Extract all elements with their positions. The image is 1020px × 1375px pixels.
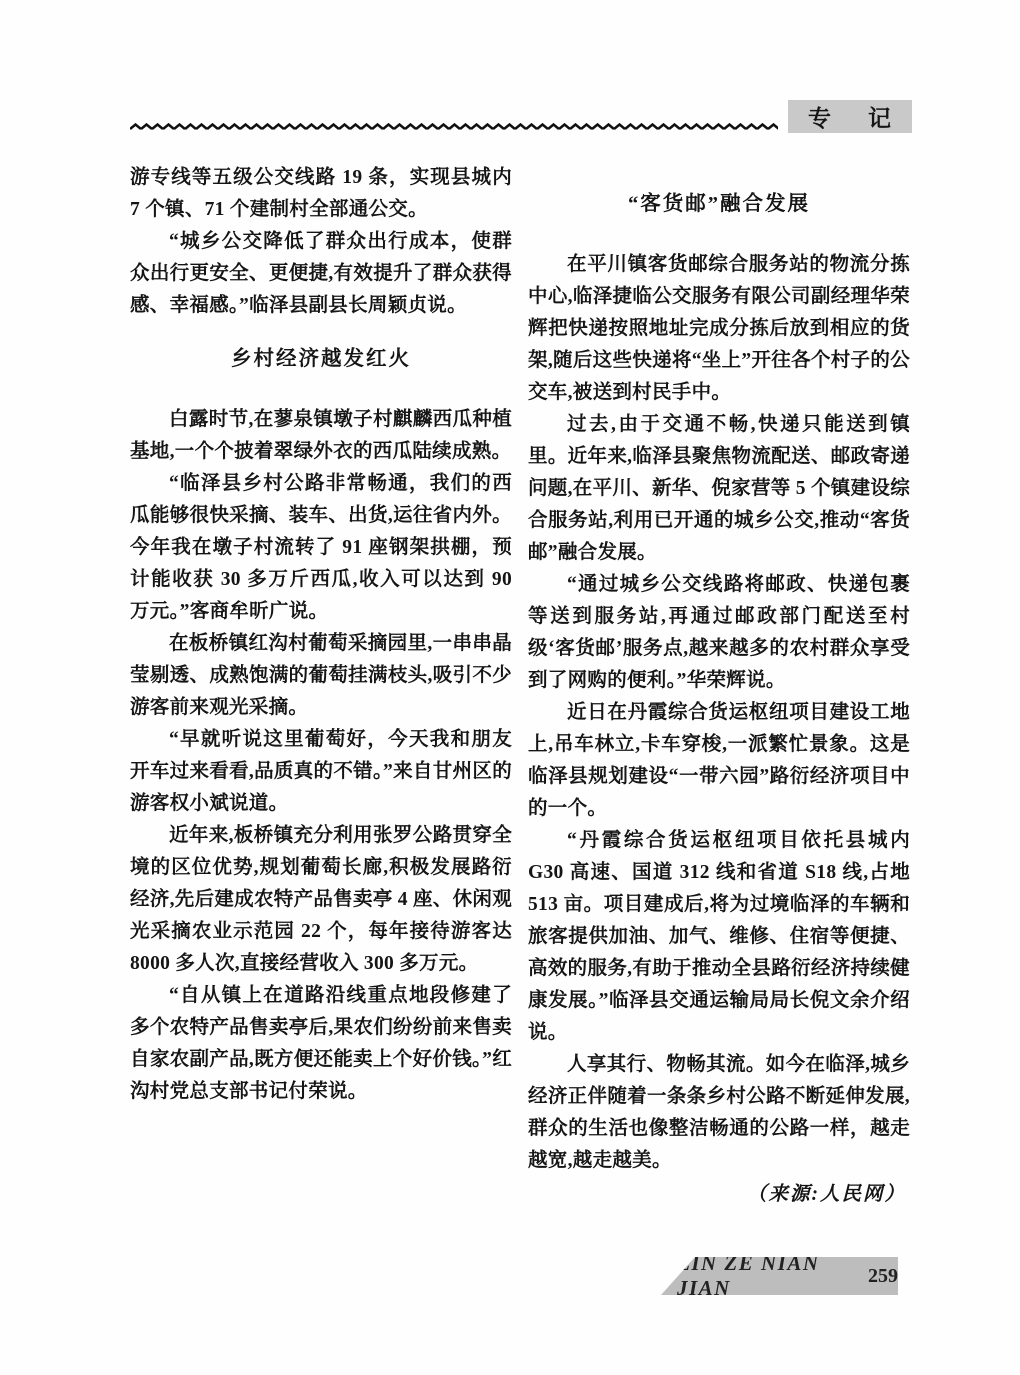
paragraph-watermelon: “临泽县乡村公路非常畅通，我们的西瓜能够很快采摘、装车、出货,运往省内外。今年我… [130,468,512,628]
paragraph-mayor-quote: “城乡公交降低了群众出行成本，使群众出行更安全、更便捷,有效提升了群众获得感、幸… [130,226,512,322]
right-column: “客货邮”融合发展 在平川镇客货邮综合服务站的物流分拣中心,临泽捷临公交服务有限… [528,162,910,1211]
article-body: 游专线等五级公交线路 19 条，实现县城内 7 个镇、71 个建制村全部通公交。… [130,162,910,1211]
paragraph-hua-quote: “通过城乡公交线路将邮政、快递包裹等送到服务站,再通过邮政部门配送至村级‘客货邮… [528,569,910,697]
paragraph-bailu: 白露时节,在蓼泉镇墩子村麒麟西瓜种植基地,一个个披着翠绿外衣的西瓜陆续成熟。 [130,404,512,468]
page-number: 259 [868,1265,898,1288]
source-attribution: （来源:人民网） [528,1179,910,1211]
paragraph-continued: 游专线等五级公交线路 19 条，实现县城内 7 个镇、71 个建制村全部通公交。 [130,162,512,226]
paragraph-visitor-quote: “早就听说这里葡萄好，今天我和朋友开车过来看看,品质真的不错。”来自甘州区的游客… [130,724,512,820]
section-heading-freight-mail: “客货邮”融合发展 [528,188,910,220]
paragraph-banqiao: 近年来,板桥镇充分利用张罗公路贯穿全境的区位优势,规划葡萄长廊,积极发展路衍经济… [130,820,512,980]
page-footer-tab: LIN ZE NIAN JIAN 259 [661,1257,898,1295]
paragraph-secretary-quote: “自从镇上在道路沿线重点地段修建了多个农特产品售卖亭后,果农们纷纷前来售卖自家农… [130,980,512,1108]
paragraph-past: 过去,由于交通不畅,快递只能送到镇里。近年来,临泽县聚焦物流配送、邮政寄递问题,… [528,409,910,569]
paragraph-danxia: 近日在丹霞综合货运枢纽项目建设工地上,吊车林立,卡车穿梭,一派繁忙景象。这是临泽… [528,697,910,825]
zigzag-rule [130,122,778,132]
section-tab: 专 记 [788,100,912,133]
paragraph-pingchuan: 在平川镇客货邮综合服务站的物流分拣中心,临泽捷临公交服务有限公司副经理华荣辉把快… [528,249,910,409]
yearbook-page: 专 记 游专线等五级公交线路 19 条，实现县城内 7 个镇、71 个建制村全部… [0,0,1020,1375]
section-tab-char-2: 记 [868,100,892,133]
paragraph-hub-quote: “丹霞综合货运枢纽项目依托县城内 G30 高速、国道 312 线和省道 S18 … [528,825,910,1049]
section-tab-char-1: 专 [808,100,832,133]
section-heading-rural-economy: 乡村经济越发红火 [130,343,512,375]
left-column: 游专线等五级公交线路 19 条，实现县城内 7 个镇、71 个建制村全部通公交。… [130,162,512,1211]
page-header: 专 记 [130,100,912,134]
paragraph-closing: 人享其行、物畅其流。如今在临泽,城乡经济正伴随着一条条乡村公路不断延伸发展,群众… [528,1049,910,1177]
paragraph-grape: 在板桥镇红沟村葡萄采摘园里,一串串晶莹剔透、成熟饱满的葡萄挂满枝头,吸引不少游客… [130,628,512,724]
journal-title: LIN ZE NIAN JIAN [677,1251,856,1301]
